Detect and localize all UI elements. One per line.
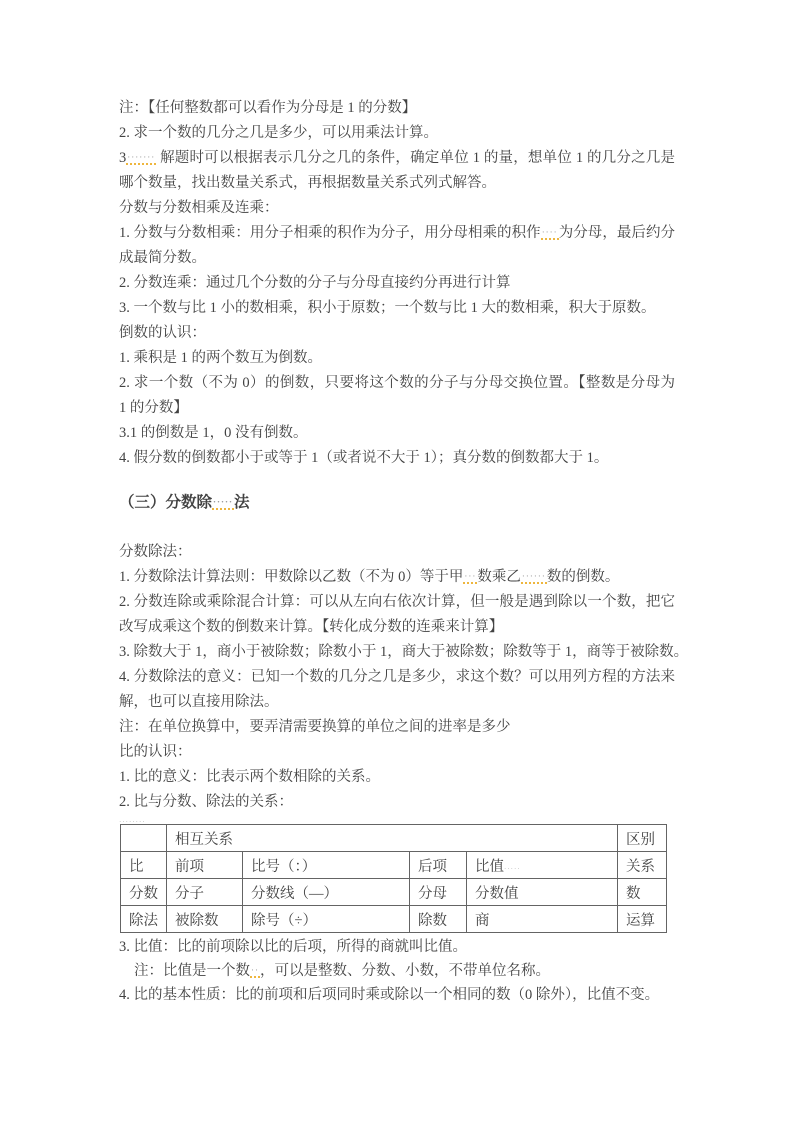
table-cell: 分数值: [467, 879, 618, 906]
text-run: 数的倒数。: [547, 569, 620, 585]
text-run: （三）分数除: [119, 494, 212, 511]
tracked-change-mark: ····: [541, 228, 559, 240]
text-run: 数乘乙: [477, 569, 521, 585]
text-line: （三）分数除·····法: [119, 490, 675, 516]
text-line: 比的认识：: [119, 740, 675, 765]
section-fraction-division: 分数除法：1. 分数除法计算法则：甲数除以乙数（不为 0）等于甲···数乘乙··…: [119, 540, 675, 815]
text-run: 为分母，最后约分: [559, 225, 675, 241]
table-cell: 比号（：）: [243, 852, 410, 879]
text-run: 3. 除数大于 1，商小于被除数；除数小于 1，商大于被除数；除数等于 1，商等…: [119, 644, 688, 660]
text-run: 4. 分数除法的意义：已知一个数的几分之几是多少，求这个数？可以用列方程的方法来: [119, 669, 675, 685]
text-run: 哪个数量，找出数量关系式，再根据数量关系式列式解答。: [119, 175, 496, 191]
text-run: 3. 一个数与比 1 小的数相乘，积小于原数；一个数与比 1 大的数相乘，积大于…: [119, 300, 656, 316]
text-run: 4. 假分数的倒数都小于或等于 1（或者说不大于 1）；真分数的倒数都大于 1。: [119, 450, 608, 466]
text-line: 2. 比与分数、除法的关系：: [119, 790, 675, 815]
table-header-cell: 区别: [618, 825, 667, 852]
tracked-change-mark: ··: [250, 966, 260, 978]
tracked-change-mark: ···: [463, 572, 477, 584]
text-run: 2. 分数连除或乘除混合计算：可以从左向右依次计算，但一般是遇到除以一个数，把它: [119, 594, 675, 610]
text-line: 3. 除数大于 1，商小于被除数；除数小于 1，商大于被除数；除数等于 1，商等…: [119, 640, 675, 665]
table-header-cell: [121, 825, 167, 852]
text-run: 4. 比的基本性质：比的前项和后项同时乘或除以一个相同的数（0 除外），比值不变…: [119, 987, 659, 1003]
text-run: 分数除法：: [119, 544, 192, 560]
text-line: 3.1 的倒数是 1，0 没有倒数。: [119, 421, 675, 446]
text-run: 1. 比的意义：比表示两个数相除的关系。: [119, 769, 380, 785]
text-line: 1. 分数除法计算法则：甲数除以乙数（不为 0）等于甲···数乘乙······数…: [119, 565, 675, 590]
table-cell: 数: [618, 879, 667, 906]
text-run: 解，也可以直接用除法。: [119, 694, 279, 710]
table-cell: 分母: [410, 879, 467, 906]
text-run: 改写成乘这个数的倒数来计算。【转化成分数的连乘来计算】: [119, 619, 503, 635]
table-cell: 除号（÷）: [243, 906, 410, 933]
text-line: 3. 比值：比的前项除以比的后项，所得的商就叫比值。: [119, 935, 675, 959]
text-run: 成最简分数。: [119, 250, 206, 266]
table-row: 比前项比号（：）后项比值·····关系: [121, 852, 667, 879]
tracked-change-mark: ······: [521, 572, 547, 584]
tiny-mark: ·····: [504, 865, 521, 873]
text-line: 3. 一个数与比 1 小的数相乘，积小于原数；一个数与比 1 大的数相乘，积大于…: [119, 296, 675, 321]
table-cell: 关系: [618, 852, 667, 879]
text-line: 4. 比的基本性质：比的前项和后项同时乘或除以一个相同的数（0 除外），比值不变…: [119, 983, 675, 1007]
tiny-mark-row: ········: [119, 815, 675, 824]
table-row: 分数分子分数线（—）分母分数值数: [121, 879, 667, 906]
text-run: 3.1 的倒数是 1，0 没有倒数。: [119, 425, 308, 441]
document-page: 注：【任何整数都可以看作为分母是 1 的分数】2. 求一个数的几分之几是多少，可…: [0, 0, 793, 1122]
text-line: 1 的分数】: [119, 396, 675, 421]
text-run: 比值: [475, 859, 504, 875]
text-run: 注：在单位换算中，要弄清需要换算的单位之间的进率是多少: [119, 719, 511, 735]
table-cell: 被除数: [167, 906, 243, 933]
text-line: 分数除法：: [119, 540, 675, 565]
text-run: 1. 分数与分数相乘：用分子相乘的积作为分子，用分母相乘的积作: [119, 225, 541, 241]
section-heading-fraction-division: （三）分数除·····法: [119, 490, 675, 516]
text-run: 1. 乘积是 1 的两个数互为倒数。: [119, 350, 322, 366]
text-run: 分数与分数相乘及连乘：: [119, 200, 279, 216]
text-run: 1. 分数除法计算法则：甲数除以乙数（不为 0）等于甲: [119, 569, 463, 585]
table-cell: 前项: [167, 852, 243, 879]
table-cell: 运算: [618, 906, 667, 933]
text-line: 3······· 解题时可以根据表示几分之几的条件，确定单位 1 的量，想单位 …: [119, 146, 675, 171]
text-run: 法: [234, 494, 250, 511]
table-header-row: 相互关系区别: [121, 825, 667, 852]
text-line: 分数与分数相乘及连乘：: [119, 196, 675, 221]
tiny-mark: ········: [119, 818, 146, 826]
text-run: 2. 分数连乘：通过几个分数的分子与分母直接约分再进行计算: [119, 275, 511, 291]
text-run: 2. 比与分数、除法的关系：: [119, 794, 293, 810]
text-run: 2. 求一个数（不为 0）的倒数，只要将这个数的分子与分母交换位置。【整数是分母…: [119, 375, 675, 391]
text-line: 4. 分数除法的意义：已知一个数的几分之几是多少，求这个数？可以用列方程的方法来: [119, 665, 675, 690]
table-cell: 分数线（—）: [243, 879, 410, 906]
text-line: 注：在单位换算中，要弄清需要换算的单位之间的进率是多少: [119, 715, 675, 740]
text-line: 2. 分数连乘：通过几个分数的分子与分母直接约分再进行计算: [119, 271, 675, 296]
text-run: 2. 求一个数的几分之几是多少，可以用乘法计算。: [119, 125, 438, 141]
text-run: ，可以是整数、分数、小数，不带单位名称。: [260, 963, 550, 979]
text-line: 倒数的认识：: [119, 321, 675, 346]
table-cell: 比值·····: [467, 852, 618, 879]
text-run: 倒数的认识：: [119, 325, 206, 341]
text-line: 解，也可以直接用除法。: [119, 690, 675, 715]
section-fraction-multiplication: 注：【任何整数都可以看作为分母是 1 的分数】2. 求一个数的几分之几是多少，可…: [119, 96, 675, 471]
text-run: 注：【任何整数都可以看作为分母是 1 的分数】: [119, 100, 416, 116]
text-run: 注：比值是一个数: [134, 963, 250, 979]
text-line: 2. 求一个数（不为 0）的倒数，只要将这个数的分子与分母交换位置。【整数是分母…: [119, 371, 675, 396]
text-line: 1. 乘积是 1 的两个数互为倒数。: [119, 346, 675, 371]
table-cell: 后项: [410, 852, 467, 879]
text-line: 2. 分数连除或乘除混合计算：可以从左向右依次计算，但一般是遇到除以一个数，把它: [119, 590, 675, 615]
table-cell: 比: [121, 852, 167, 879]
table-row: 除法被除数除号（÷）除数商运算: [121, 906, 667, 933]
table-cell: 除法: [121, 906, 167, 933]
table-cell: 分子: [167, 879, 243, 906]
text-line: 2. 求一个数的几分之几是多少，可以用乘法计算。: [119, 121, 675, 146]
text-line: 4. 假分数的倒数都小于或等于 1（或者说不大于 1）；真分数的倒数都大于 1。: [119, 446, 675, 471]
text-line: 1. 比的意义：比表示两个数相除的关系。: [119, 765, 675, 790]
document-content: 注：【任何整数都可以看作为分母是 1 的分数】2. 求一个数的几分之几是多少，可…: [119, 96, 675, 1007]
table-header-cell: 相互关系: [167, 825, 618, 852]
text-line: 改写成乘这个数的倒数来计算。【转化成分数的连乘来计算】: [119, 615, 675, 640]
text-line: 注：比值是一个数··，可以是整数、分数、小数，不带单位名称。: [119, 959, 675, 983]
text-line: 成最简分数。: [119, 246, 675, 271]
text-run: 3. 比值：比的前项除以比的后项，所得的商就叫比值。: [119, 939, 467, 955]
tracked-change-mark: ·····: [212, 498, 234, 510]
table-cell: 分数: [121, 879, 167, 906]
text-line: 1. 分数与分数相乘：用分子相乘的积作为分子，用分母相乘的积作····为分母，最…: [119, 221, 675, 246]
table-cell: 商: [467, 906, 618, 933]
text-run: 比的认识：: [119, 744, 192, 760]
table-cell: 除数: [410, 906, 467, 933]
text-line: 哪个数量，找出数量关系式，再根据数量关系式列式解答。: [119, 171, 675, 196]
text-run: 解题时可以根据表示几分之几的条件，确定单位 1 的量，想单位 1 的几分之几是: [156, 150, 675, 166]
relationship-table: 相互关系区别比前项比号（：）后项比值·····关系分数分子分数线（—）分母分数值…: [120, 824, 667, 933]
text-run: 1 的分数】: [119, 400, 188, 416]
section-ratio: 3. 比值：比的前项除以比的后项，所得的商就叫比值。注：比值是一个数··，可以是…: [119, 935, 675, 1007]
text-run: 3: [119, 150, 126, 166]
tracked-change-mark: ·······: [126, 153, 156, 165]
text-line: 注：【任何整数都可以看作为分母是 1 的分数】: [119, 96, 675, 121]
